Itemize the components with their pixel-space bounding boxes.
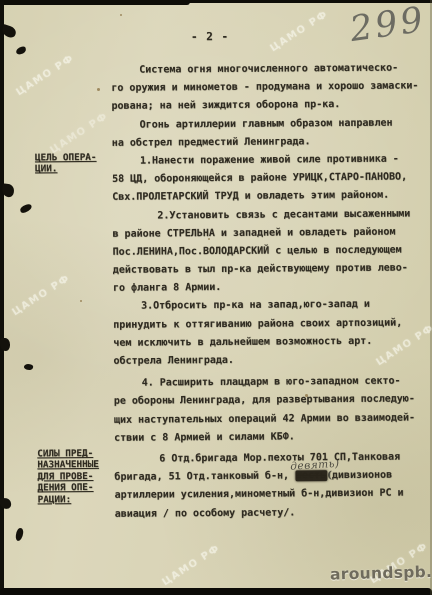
typed-line: щих наступательных операций 42 Армии во …	[114, 409, 432, 430]
typed-line: Свх.ПРОЛЕТАРСКИЙ ТРУД и овладеть этим ра…	[112, 187, 430, 208]
typed-line-with-correction: бригада, 51 Отд.танковый б-н, шесть(диви…	[114, 466, 432, 487]
margin-note-line: ЦЕЛЬ ОПЕРА-	[35, 152, 97, 164]
typed-line: го оружия и минометов - продумана и хоро…	[111, 78, 429, 99]
body-text: Система огня многочисленного автоматичес…	[111, 59, 432, 523]
margin-note-line: СИЛЫ ПРЕД-	[37, 448, 99, 460]
site-watermark: aroundspb.ru	[330, 562, 432, 583]
typed-line: обстрела Ленинграда.	[113, 350, 431, 371]
margin-note-line: ЦИИ.	[35, 163, 97, 175]
scanned-document-page: ЦАМО РФ ЦАМО РФ ЦАМО РФ ЦАМО РФ ЦАМО РФ …	[0, 0, 432, 595]
margin-note-assigned-forces: СИЛЫ ПРЕД- НАЗНАЧЕННЫЕ ДЛЯ ПРОВЕ- ДЕНИЯ …	[37, 448, 99, 506]
typed-segment: дивизионов	[332, 470, 392, 481]
typed-content: - 2 - ЦЕЛЬ ОПЕРА- ЦИИ. СИЛЫ ПРЕД- НАЗНАЧ…	[0, 0, 432, 595]
typed-line: действовать в тыл пр-ка действующему про…	[113, 259, 431, 280]
typed-line: в районе СТРЕЛЬНА и западней и овладеть …	[112, 223, 430, 244]
page-number: - 2 -	[191, 30, 229, 43]
typed-segment: бригада, 51 Отд.танковый б-н,	[114, 471, 295, 483]
margin-note-operation-goal: ЦЕЛЬ ОПЕРА- ЦИИ.	[35, 152, 97, 175]
typed-line: ствии с 8 Армией и силами КБФ.	[114, 427, 432, 448]
typed-line: артиллерии усиления,минометный б-н,дивиз…	[114, 485, 432, 506]
typed-line: принудить к оттягиванию района своих арт…	[113, 314, 431, 335]
margin-note-line: ДЕНИЯ ОПЕ-	[37, 482, 99, 494]
typed-line: ре обороны Ленинграда, для развертывания…	[114, 391, 432, 412]
typed-line: 2.Установить связь с десантами высаженны…	[112, 205, 430, 226]
margin-note-line: ДЛЯ ПРОВЕ-	[37, 471, 99, 483]
margin-note-line: НАЗНАЧЕННЫЕ	[37, 459, 99, 471]
margin-note-line: РАЦИИ:	[38, 494, 100, 506]
handwritten-correction: девять)	[290, 455, 340, 476]
typed-line: авиация / по особому расчету/.	[115, 503, 432, 524]
typed-line: Огонь артиллерии главным образом направл…	[112, 114, 430, 135]
